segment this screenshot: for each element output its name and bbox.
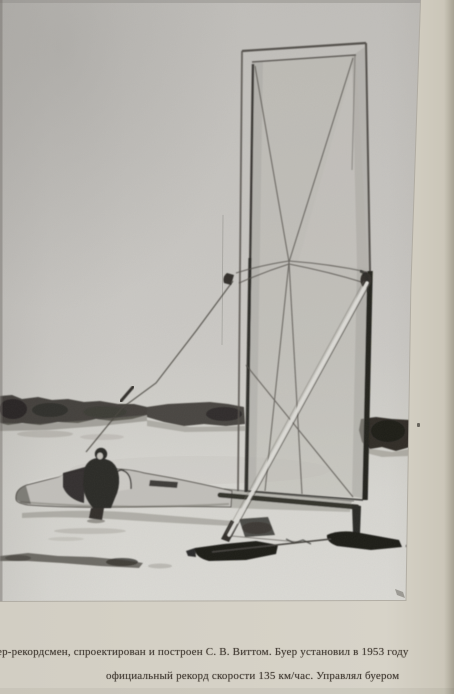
book-page: ер-рекордсмен, спроектирован и построен … bbox=[0, 0, 454, 694]
margin-speck bbox=[417, 423, 420, 427]
caption-line-2: официальный рекорд скорости 135 км/час. … bbox=[106, 670, 399, 683]
caption-line-1: ер-рекордсмен, спроектирован и построен … bbox=[0, 646, 409, 659]
photograph bbox=[0, 0, 421, 602]
photo-edge bbox=[0, 0, 421, 602]
page-photo bbox=[0, 0, 454, 694]
